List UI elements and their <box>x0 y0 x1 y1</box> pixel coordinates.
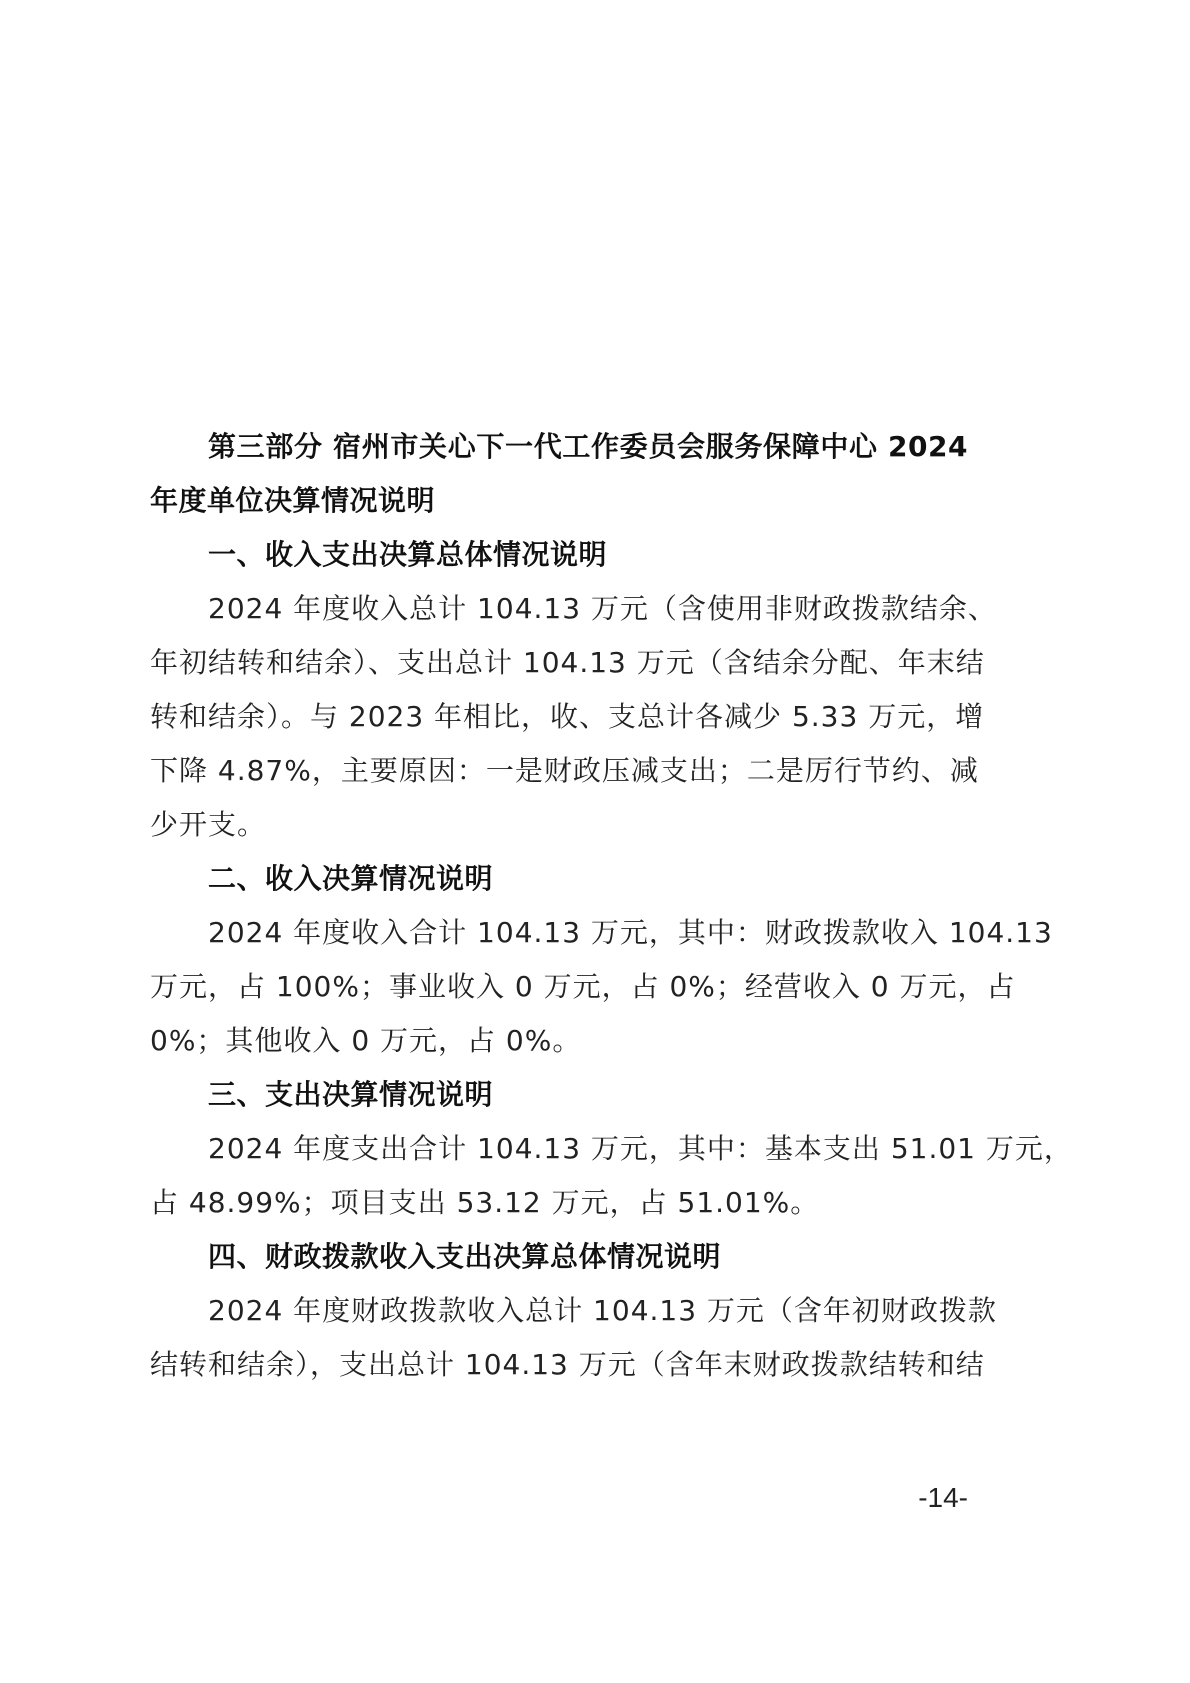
section-2-paragraph-line: 2024 年度收入合计 104.13 万元，其中：财政拨款收入 104.13 <box>150 906 968 960</box>
document-body: 第三部分 宿州市关心下一代工作委员会服务保障中心 2024 年度单位决算情况说明… <box>150 420 968 1392</box>
section-3-paragraph-line: 占 48.99%；项目支出 53.12 万元，占 51.01%。 <box>150 1176 968 1230</box>
document-title-line-1: 第三部分 宿州市关心下一代工作委员会服务保障中心 2024 <box>150 420 968 474</box>
section-2-heading: 二、收入决算情况说明 <box>150 852 968 906</box>
section-1-paragraph-line: 年初结转和结余）、支出总计 104.13 万元（含结余分配、年末结 <box>150 636 968 690</box>
section-1-paragraph-line: 下降 4.87%，主要原因：一是财政压减支出；二是厉行节约、减 <box>150 744 968 798</box>
section-2-paragraph-line: 0%；其他收入 0 万元，占 0%。 <box>150 1014 968 1068</box>
section-4-paragraph-line: 2024 年度财政拨款收入总计 104.13 万元（含年初财政拨款 <box>150 1284 968 1338</box>
section-1-heading: 一、收入支出决算总体情况说明 <box>150 528 968 582</box>
document-title-line-2: 年度单位决算情况说明 <box>150 474 968 528</box>
section-1-paragraph-line: 2024 年度收入总计 104.13 万元（含使用非财政拨款结余、 <box>150 582 968 636</box>
section-4-heading: 四、财政拨款收入支出决算总体情况说明 <box>150 1230 968 1284</box>
section-1-paragraph-line: 转和结余）。与 2023 年相比，收、支总计各减少 5.33 万元，增 <box>150 690 968 744</box>
section-2-paragraph-line: 万元，占 100%；事业收入 0 万元，占 0%；经营收入 0 万元，占 <box>150 960 968 1014</box>
page-number: -14- <box>918 1482 968 1514</box>
section-4-paragraph-line: 结转和结余），支出总计 104.13 万元（含年末财政拨款结转和结 <box>150 1338 968 1392</box>
section-3-paragraph-line: 2024 年度支出合计 104.13 万元，其中：基本支出 51.01 万元， <box>150 1122 968 1176</box>
section-3-heading: 三、支出决算情况说明 <box>150 1068 968 1122</box>
section-1-paragraph-line: 少开支。 <box>150 798 968 852</box>
